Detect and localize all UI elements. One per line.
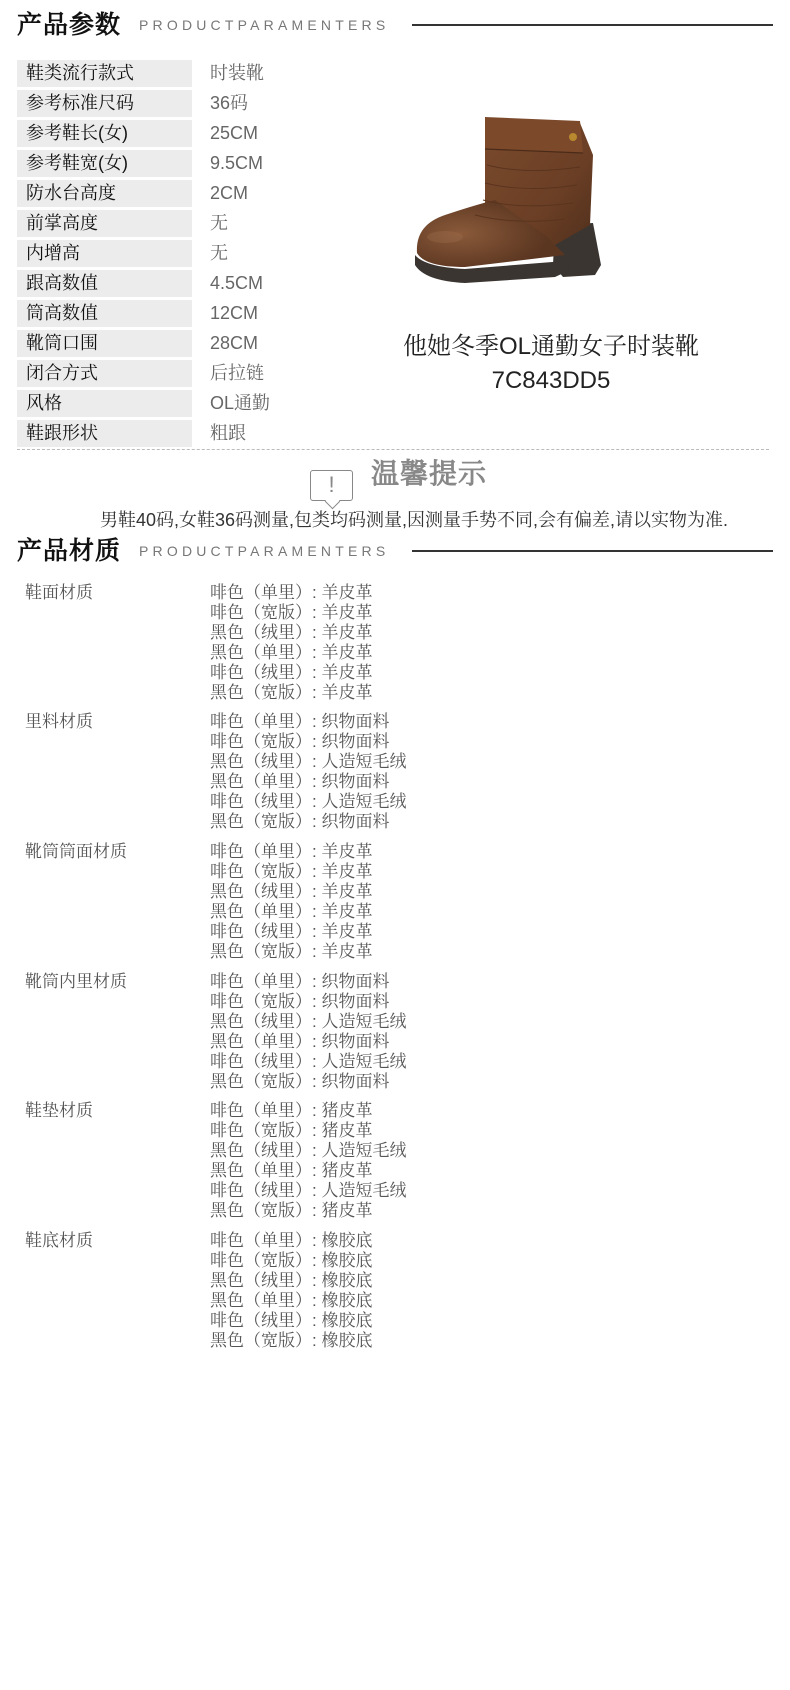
material-line: 啡色（宽版）: 织物面料 xyxy=(210,992,406,1012)
param-value: 4.5CM xyxy=(210,270,263,297)
param-label: 闭合方式 xyxy=(17,360,192,387)
tip-text: 男鞋40码,女鞋36码测量,包类均码测量,因测量手势不同,会有偏差,请以实物为准… xyxy=(100,506,728,532)
param-label: 防水台高度 xyxy=(17,180,192,207)
material-label: 鞋面材质 xyxy=(25,583,93,603)
material-line: 黑色（绒里）: 羊皮革 xyxy=(210,882,372,902)
param-row: 参考鞋宽(女)9.5CM xyxy=(17,150,317,177)
param-row: 闭合方式后拉链 xyxy=(17,360,317,387)
material-line: 黑色（宽版）: 织物面料 xyxy=(210,1072,406,1092)
material-line: 黑色（宽版）: 羊皮革 xyxy=(210,942,372,962)
material-line: 啡色（单里）: 羊皮革 xyxy=(210,583,372,603)
param-value: 12CM xyxy=(210,300,258,327)
material-line: 啡色（宽版）: 羊皮革 xyxy=(210,603,372,623)
param-value: 无 xyxy=(210,210,228,237)
material-line: 黑色（单里）: 织物面料 xyxy=(210,1032,406,1052)
tip-title: 温馨提示 xyxy=(371,452,487,492)
material-line: 黑色（宽版）: 羊皮革 xyxy=(210,683,372,703)
param-label: 参考鞋宽(女) xyxy=(17,150,192,177)
materials-section-subtitle: PRODUCTPARAMENTERS xyxy=(139,543,389,559)
param-value: 36码 xyxy=(210,90,248,117)
param-row: 前掌高度无 xyxy=(17,210,317,237)
param-row: 内增高无 xyxy=(17,240,317,267)
param-label: 筒高数值 xyxy=(17,300,192,327)
material-label: 里料材质 xyxy=(25,712,93,732)
material-line: 啡色（宽版）: 猪皮革 xyxy=(210,1121,406,1141)
product-image xyxy=(405,105,620,300)
material-line: 黑色（绒里）: 人造短毛绒 xyxy=(210,752,406,772)
param-row: 鞋类流行款式时装靴 xyxy=(17,60,317,87)
material-line: 黑色（单里）: 羊皮革 xyxy=(210,902,372,922)
param-label: 内增高 xyxy=(17,240,192,267)
params-section-header: 产品参数 PRODUCTPARAMENTERS xyxy=(17,10,773,40)
param-row: 筒高数值12CM xyxy=(17,300,317,327)
param-row: 靴筒口围28CM xyxy=(17,330,317,357)
param-value: 后拉链 xyxy=(210,360,264,387)
param-value: 2CM xyxy=(210,180,248,207)
material-line: 啡色（绒里）: 人造短毛绒 xyxy=(210,1181,406,1201)
material-line: 啡色（绒里）: 人造短毛绒 xyxy=(210,1052,406,1072)
material-line: 啡色（绒里）: 橡胶底 xyxy=(210,1311,372,1331)
material-line: 啡色（绒里）: 羊皮革 xyxy=(210,663,372,683)
materials-section-title: 产品材质 xyxy=(17,536,121,566)
params-section-title: 产品参数 xyxy=(17,10,121,40)
param-label: 参考鞋长(女) xyxy=(17,120,192,147)
param-value: 无 xyxy=(210,240,228,267)
param-label: 鞋类流行款式 xyxy=(17,60,192,87)
material-line: 黑色（绒里）: 橡胶底 xyxy=(210,1271,372,1291)
param-label: 参考标准尺码 xyxy=(17,90,192,117)
material-line: 黑色（宽版）: 橡胶底 xyxy=(210,1331,372,1351)
material-label: 靴筒筒面材质 xyxy=(25,842,127,862)
material-label: 靴筒内里材质 xyxy=(25,972,127,992)
material-line: 黑色（单里）: 织物面料 xyxy=(210,772,406,792)
param-label: 风格 xyxy=(17,390,192,417)
material-line: 黑色（绒里）: 羊皮革 xyxy=(210,623,372,643)
param-label: 跟高数值 xyxy=(17,270,192,297)
material-line: 黑色（单里）: 羊皮革 xyxy=(210,643,372,663)
material-line: 黑色（绒里）: 人造短毛绒 xyxy=(210,1012,406,1032)
product-model: 7C843DD5 xyxy=(380,367,722,395)
material-line: 黑色（宽版）: 织物面料 xyxy=(210,812,406,832)
header-rule xyxy=(412,24,773,26)
material-line: 啡色（单里）: 羊皮革 xyxy=(210,842,372,862)
product-name: 他她冬季OL通勤女子时装靴 xyxy=(380,326,722,361)
param-row: 跟高数值4.5CM xyxy=(17,270,317,297)
param-row: 参考鞋长(女)25CM xyxy=(17,120,317,147)
param-value: 粗跟 xyxy=(210,420,246,447)
material-label: 鞋垫材质 xyxy=(25,1101,93,1121)
exclamation-bubble-icon: ! xyxy=(310,470,353,501)
param-row: 参考标准尺码36码 xyxy=(17,90,317,117)
material-line: 啡色（单里）: 织物面料 xyxy=(210,712,406,732)
params-section-subtitle: PRODUCTPARAMENTERS xyxy=(139,17,389,33)
material-line: 啡色（宽版）: 橡胶底 xyxy=(210,1251,372,1271)
material-line: 黑色（宽版）: 猪皮革 xyxy=(210,1201,406,1221)
param-row: 风格OL通勤 xyxy=(17,390,317,417)
material-label: 鞋底材质 xyxy=(25,1231,93,1251)
material-line: 黑色（绒里）: 人造短毛绒 xyxy=(210,1141,406,1161)
param-label: 靴筒口围 xyxy=(17,330,192,357)
material-line: 啡色（单里）: 橡胶底 xyxy=(210,1231,372,1251)
param-value: 时装靴 xyxy=(210,60,264,87)
param-value: 25CM xyxy=(210,120,258,147)
param-label: 鞋跟形状 xyxy=(17,420,192,447)
param-row: 防水台高度2CM xyxy=(17,180,317,207)
header-rule xyxy=(412,550,773,552)
dashed-divider xyxy=(17,449,769,450)
material-line: 啡色（单里）: 织物面料 xyxy=(210,972,406,992)
material-line: 啡色（绒里）: 羊皮革 xyxy=(210,922,372,942)
param-value: OL通勤 xyxy=(210,390,270,417)
param-row: 鞋跟形状粗跟 xyxy=(17,420,317,447)
param-label: 前掌高度 xyxy=(17,210,192,237)
boot-icon xyxy=(405,105,620,300)
param-value: 28CM xyxy=(210,330,258,357)
material-line: 啡色（绒里）: 人造短毛绒 xyxy=(210,792,406,812)
materials-section-header: 产品材质 PRODUCTPARAMENTERS xyxy=(17,536,773,566)
material-line: 啡色（宽版）: 织物面料 xyxy=(210,732,406,752)
material-line: 啡色（单里）: 猪皮革 xyxy=(210,1101,406,1121)
param-value: 9.5CM xyxy=(210,150,263,177)
material-line: 啡色（宽版）: 羊皮革 xyxy=(210,862,372,882)
material-line: 黑色（单里）: 橡胶底 xyxy=(210,1291,372,1311)
material-line: 黑色（单里）: 猪皮革 xyxy=(210,1161,406,1181)
